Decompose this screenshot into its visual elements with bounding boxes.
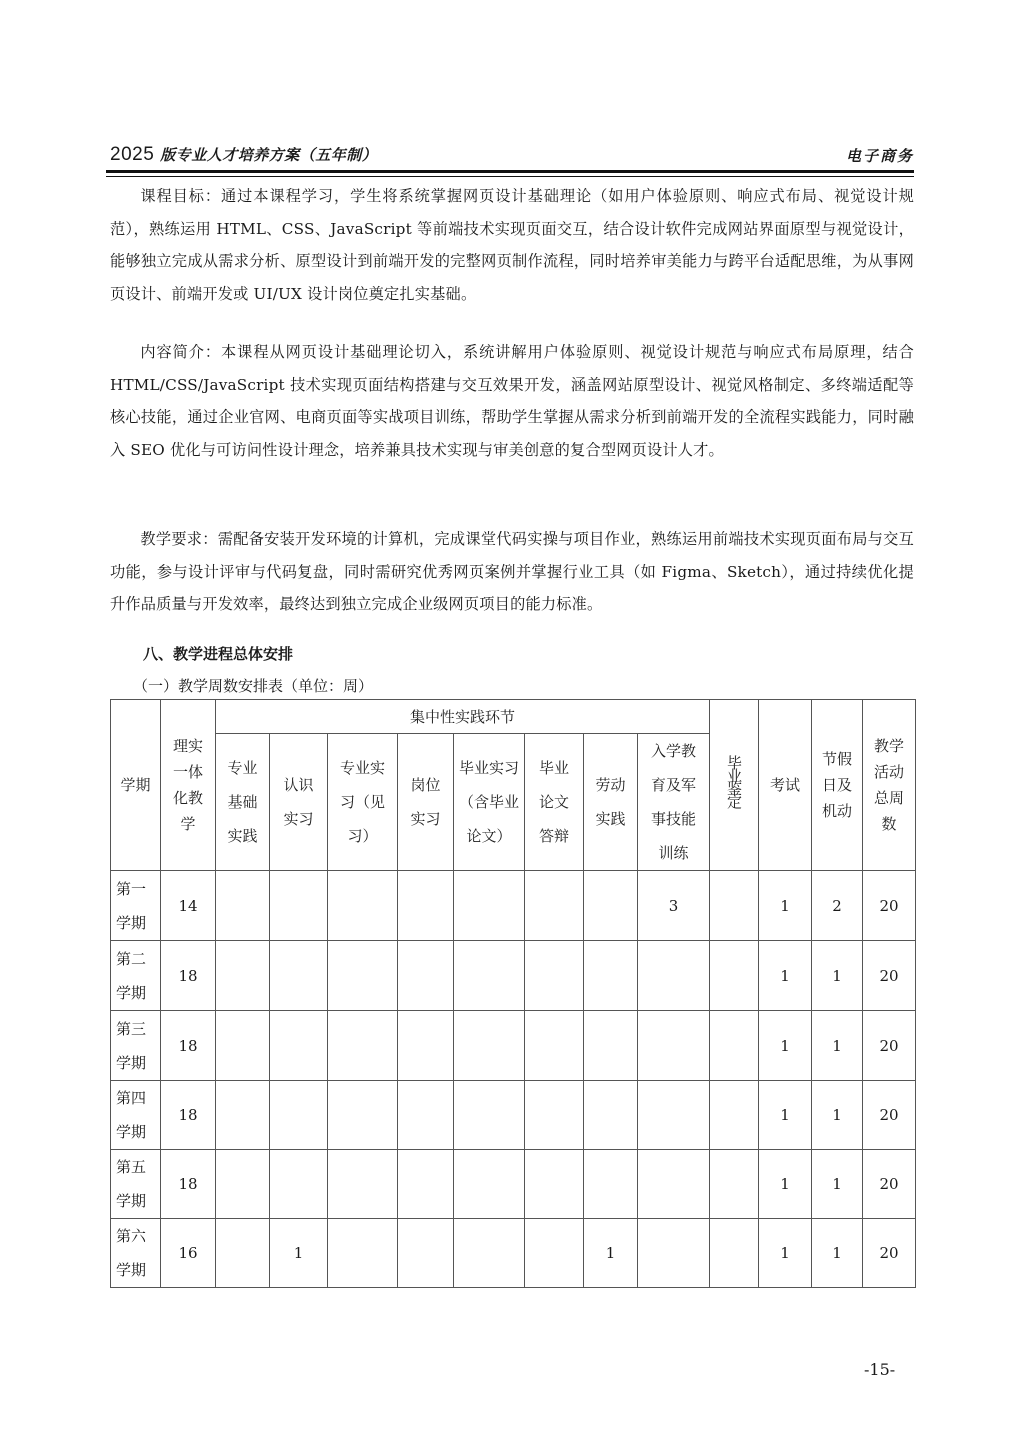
cell-prof-basic: [216, 1150, 270, 1219]
cell-labor: [584, 871, 638, 941]
cell-cognition: [270, 1150, 328, 1219]
cell-thesis-defense: [525, 871, 584, 941]
cell-prof-intern: [328, 941, 398, 1011]
cell-total: 20: [863, 941, 916, 1011]
cell-military: [638, 1011, 710, 1081]
paragraph-teaching-requirements: 教学要求：需配备安装开发环境的计算机，完成课堂代码实操与项目作业，熟练运用前端技…: [110, 523, 914, 621]
cell-thesis-defense: [525, 941, 584, 1011]
cell-theory: 18: [161, 1150, 216, 1219]
cell-total: 20: [863, 871, 916, 941]
cell-term: 第四学期: [111, 1081, 161, 1150]
paragraph-course-goal: 课程目标：通过本课程学习，学生将系统掌握网页设计基础理论（如用户体验原则、响应式…: [110, 180, 914, 310]
header-military-training: 入学教育及军事技能训练: [638, 734, 710, 871]
cell-grad-intern: [454, 1150, 525, 1219]
teaching-weeks-table: 学期 理实一体化教学 集中性实践环节 毕业鉴定 考试 节假日及机动 教学活动总周…: [110, 699, 916, 1288]
cell-total: 20: [863, 1011, 916, 1081]
cell-grad-intern: [454, 871, 525, 941]
cell-term: 第三学期: [111, 1011, 161, 1081]
cell-labor: [584, 941, 638, 1011]
cell-exam: 1: [759, 871, 812, 941]
cell-cognition: 1: [270, 1219, 328, 1288]
table-row: 第五学期 18 1 1 20: [111, 1150, 916, 1219]
cell-labor: [584, 1150, 638, 1219]
cell-exam: 1: [759, 1150, 812, 1219]
header-term: 学期: [111, 700, 161, 871]
running-header: 2025 版专业人才培养方案（五年制） 电子商务: [110, 140, 914, 170]
cell-theory: 18: [161, 1011, 216, 1081]
cell-holiday: 1: [812, 1150, 863, 1219]
cell-theory: 18: [161, 1081, 216, 1150]
cell-appraisal: [710, 1150, 759, 1219]
cell-post-intern: [398, 871, 454, 941]
cell-thesis-defense: [525, 1081, 584, 1150]
page-number: -15-: [864, 1360, 895, 1379]
cell-military: [638, 941, 710, 1011]
header-total-weeks: 教学活动总周数: [863, 700, 916, 871]
cell-grad-intern: [454, 941, 525, 1011]
cell-theory: 18: [161, 941, 216, 1011]
cell-prof-basic: [216, 1219, 270, 1288]
cell-prof-intern: [328, 871, 398, 941]
cell-post-intern: [398, 1081, 454, 1150]
table-caption: （一）教学周数安排表（单位：周）: [133, 675, 373, 696]
cell-term: 第一学期: [111, 871, 161, 941]
header-labor-practice: 劳动实践: [584, 734, 638, 871]
cell-prof-basic: [216, 1011, 270, 1081]
cell-holiday: 1: [812, 1011, 863, 1081]
cell-theory: 14: [161, 871, 216, 941]
document-title: 2025 版专业人才培养方案（五年制）: [110, 144, 377, 166]
header-exam: 考试: [759, 700, 812, 871]
header-concentrated-practice: 集中性实践环节: [216, 700, 710, 734]
cell-appraisal: [710, 1081, 759, 1150]
cell-holiday: 1: [812, 941, 863, 1011]
cell-thesis-defense: [525, 1150, 584, 1219]
table-row: 第二学期 18 1 1 20: [111, 941, 916, 1011]
cell-exam: 1: [759, 1219, 812, 1288]
cell-prof-intern: [328, 1219, 398, 1288]
table-row: 第一学期 14 3 1 2 20: [111, 871, 916, 941]
table-row: 第四学期 18 1 1 20: [111, 1081, 916, 1150]
header-holidays: 节假日及机动: [812, 700, 863, 871]
cell-prof-intern: [328, 1011, 398, 1081]
header-thesis-defense: 毕业论文答辩: [525, 734, 584, 871]
cell-prof-basic: [216, 871, 270, 941]
cell-labor: [584, 1011, 638, 1081]
cell-term: 第二学期: [111, 941, 161, 1011]
cell-cognition: [270, 941, 328, 1011]
header-prof-intern: 专业实习（见习）: [328, 734, 398, 871]
cell-prof-basic: [216, 941, 270, 1011]
table-row: 第三学期 18 1 1 20: [111, 1011, 916, 1081]
cell-post-intern: [398, 941, 454, 1011]
cell-labor: [584, 1081, 638, 1150]
cell-appraisal: [710, 1011, 759, 1081]
cell-labor: 1: [584, 1219, 638, 1288]
cell-grad-intern: [454, 1081, 525, 1150]
cell-term: 第五学期: [111, 1150, 161, 1219]
section-heading: 八、教学进程总体安排: [143, 643, 293, 664]
cell-holiday: 1: [812, 1219, 863, 1288]
cell-military: [638, 1150, 710, 1219]
cell-appraisal: [710, 871, 759, 941]
cell-exam: 1: [759, 941, 812, 1011]
cell-term: 第六学期: [111, 1219, 161, 1288]
cell-cognition: [270, 1011, 328, 1081]
cell-theory: 16: [161, 1219, 216, 1288]
cell-total: 20: [863, 1081, 916, 1150]
paragraph-content-intro: 内容简介：本课程从网页设计基础理论切入，系统讲解用户体验原则、视觉设计规范与响应…: [110, 336, 914, 466]
cell-cognition: [270, 1081, 328, 1150]
department-name: 电子商务: [846, 145, 914, 166]
cell-military: [638, 1219, 710, 1288]
cell-post-intern: [398, 1219, 454, 1288]
cell-exam: 1: [759, 1011, 812, 1081]
header-graduation-appraisal: 毕业鉴定: [710, 700, 759, 871]
cell-thesis-defense: [525, 1219, 584, 1288]
cell-post-intern: [398, 1150, 454, 1219]
cell-military: [638, 1081, 710, 1150]
cell-military: 3: [638, 871, 710, 941]
table-row: 第六学期 16 1 1 1 1 20: [111, 1219, 916, 1288]
header-cognition-intern: 认识实习: [270, 734, 328, 871]
cell-prof-intern: [328, 1150, 398, 1219]
cell-cognition: [270, 871, 328, 941]
cell-total: 20: [863, 1219, 916, 1288]
header-double-rule: [106, 170, 914, 177]
cell-thesis-defense: [525, 1011, 584, 1081]
cell-holiday: 1: [812, 1081, 863, 1150]
cell-prof-basic: [216, 1081, 270, 1150]
cell-holiday: 2: [812, 871, 863, 941]
cell-grad-intern: [454, 1011, 525, 1081]
cell-exam: 1: [759, 1081, 812, 1150]
cell-grad-intern: [454, 1219, 525, 1288]
header-theory-practice: 理实一体化教学: [161, 700, 216, 871]
header-post-intern: 岗位实习: [398, 734, 454, 871]
cell-appraisal: [710, 1219, 759, 1288]
header-prof-basic-practice: 专业基础实践: [216, 734, 270, 871]
header-graduation-intern: 毕业实习（含毕业论文）: [454, 734, 525, 871]
cell-post-intern: [398, 1011, 454, 1081]
table-header-row: 学期 理实一体化教学 集中性实践环节 毕业鉴定 考试 节假日及机动 教学活动总周…: [111, 700, 916, 734]
cell-prof-intern: [328, 1081, 398, 1150]
document-title-text: 版专业人才培养方案（五年制）: [160, 146, 377, 164]
cell-appraisal: [710, 941, 759, 1011]
document-year: 2025: [110, 144, 154, 165]
cell-total: 20: [863, 1150, 916, 1219]
